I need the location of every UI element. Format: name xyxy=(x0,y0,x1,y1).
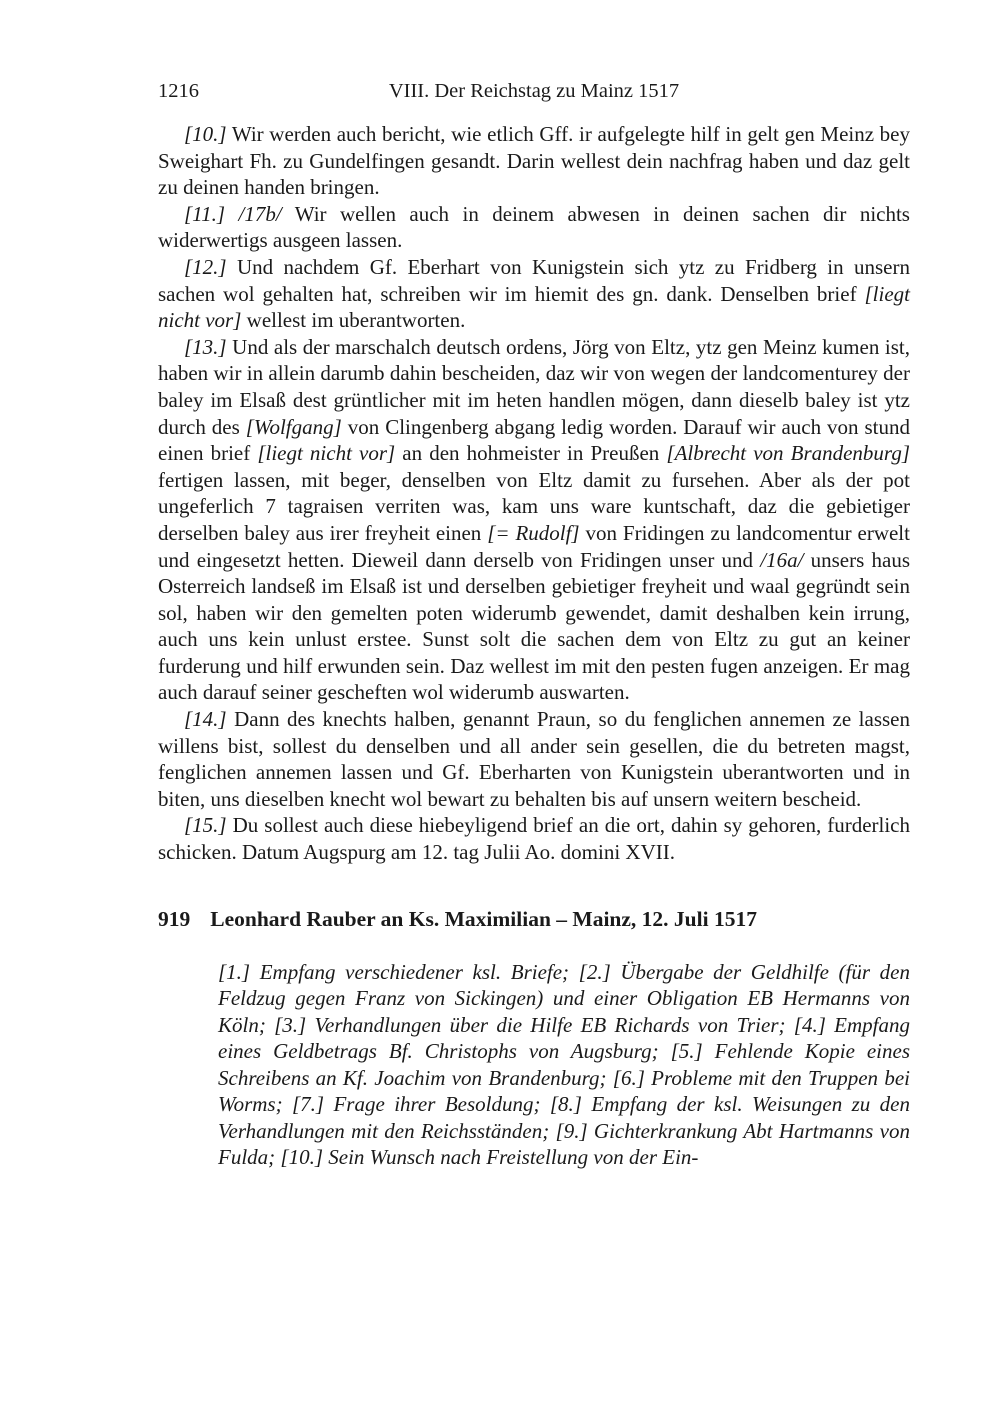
editorial-note: [= Rudolf] xyxy=(487,521,579,545)
page-header: 1216 VIII. Der Reichstag zu Mainz 1517 xyxy=(158,78,910,104)
editorial-note: [Wolfgang] xyxy=(246,415,342,439)
editorial-note: [10.] xyxy=(184,122,227,146)
entry-summary: [1.] Empfang verschiedener ksl. Briefe; … xyxy=(218,959,910,1171)
paragraph: [13.] Und als der marschalch deutsch ord… xyxy=(158,334,910,706)
page-number: 1216 xyxy=(158,78,199,104)
body-text: an den hohmeister in Preußen xyxy=(395,441,666,465)
running-head: VIII. Der Reichstag zu Mainz 1517 xyxy=(158,78,910,104)
editorial-note: [15.] xyxy=(184,813,227,837)
letter-body: [10.] Wir werden auch bericht, wie etlic… xyxy=(158,121,910,866)
entry-title: Leonhard Rauber an Ks. Maximilian – Main… xyxy=(210,906,757,933)
editorial-note: [Albrecht von Brandenburg] xyxy=(666,441,910,465)
paragraph: [15.] Du sollest auch diese hiebeyligend… xyxy=(158,812,910,865)
editorial-note: /16a/ xyxy=(760,548,803,572)
paragraph: [10.] Wir werden auch bericht, wie etlic… xyxy=(158,121,910,201)
body-text: Und nachdem Gf. Eberhart von Kunigstein … xyxy=(158,255,910,306)
body-text: Du sollest auch diese hiebeyligend brief… xyxy=(158,813,910,864)
entry-number: 919 xyxy=(158,906,190,933)
body-text: Wir werden auch bericht, wie etlich Gff.… xyxy=(158,122,910,199)
editorial-note: [11.] /17b/ xyxy=(184,202,282,226)
editorial-note: [12.] xyxy=(184,255,227,279)
editorial-note: [14.] xyxy=(184,707,227,731)
editorial-note: [13.] xyxy=(184,335,227,359)
paragraph: [11.] /17b/ Wir wellen auch in deinem ab… xyxy=(158,201,910,254)
book-page: 1216 VIII. Der Reichstag zu Mainz 1517 [… xyxy=(0,0,1004,1418)
body-text: Dann des knechts halben, genannt Praun, … xyxy=(158,707,910,811)
paragraph: [14.] Dann des knechts halben, genannt P… xyxy=(158,706,910,812)
editorial-note: [liegt nicht vor] xyxy=(257,441,395,465)
entry-heading: 919 Leonhard Rauber an Ks. Maximilian – … xyxy=(158,906,910,933)
text-column: 1216 VIII. Der Reichstag zu Mainz 1517 [… xyxy=(158,78,910,1171)
body-text: wellest im uberantworten. xyxy=(241,308,465,332)
paragraph: [12.] Und nachdem Gf. Eberhart von Kunig… xyxy=(158,254,910,334)
